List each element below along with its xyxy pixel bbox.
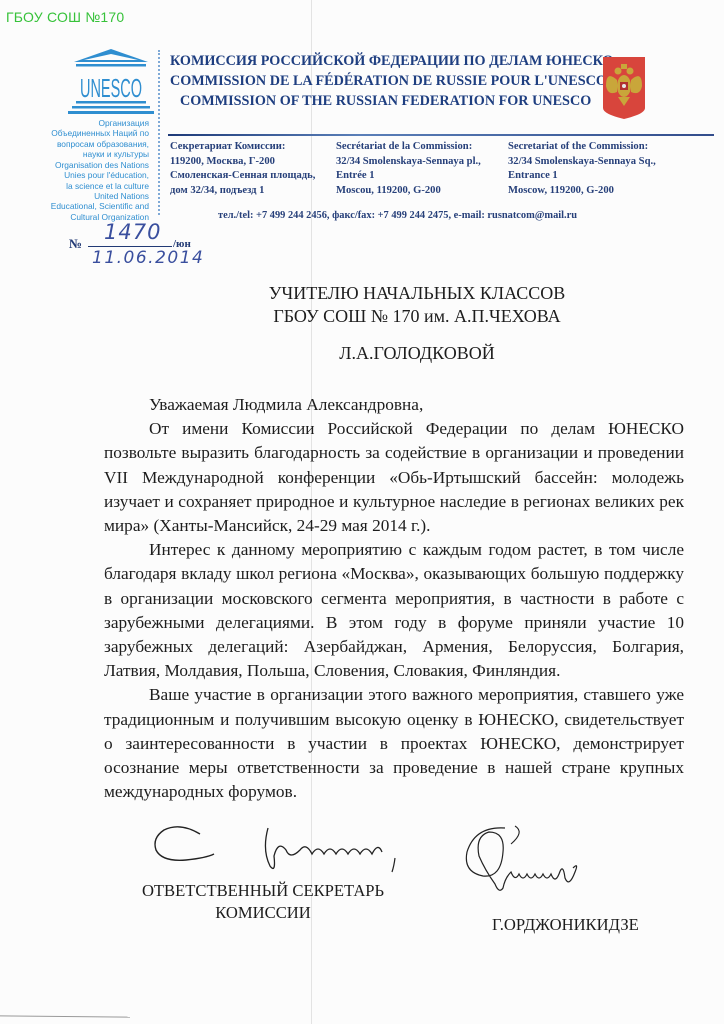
letterhead-rule <box>168 134 714 136</box>
handwritten-closing-signature-icon <box>150 820 410 878</box>
signature-icon <box>455 822 605 902</box>
school-watermark: ГБОУ СОШ №170 <box>6 9 124 25</box>
scan-artifact-line <box>0 1015 130 1017</box>
reference-underline <box>88 246 172 247</box>
signatory-name: Г.ОРДЖОНИКИДЗЕ <box>492 915 639 935</box>
commission-title-en: COMMISSION OF THE RUSSIAN FEDERATION FOR… <box>180 92 600 111</box>
commission-title-ru: КОМИССИЯ РОССИЙСКОЙ ФЕДЕРАЦИИ ПО ДЕЛАМ Ю… <box>170 52 590 71</box>
addressee-line-2: ГБОУ СОШ № 170 им. А.П.ЧЕХОВА <box>55 306 724 327</box>
handwritten-closing: С уважением, <box>150 820 410 883</box>
reference-date-handwritten: 11.06.2014 <box>92 248 204 268</box>
signature-ordzhonikidze <box>455 822 605 907</box>
greeting: Уважаемая Людмила Александровна, <box>104 393 684 417</box>
russian-coat-of-arms-icon <box>602 56 646 120</box>
unesco-logo: UNESCO <box>68 47 154 115</box>
letterhead-dotted-divider <box>158 50 160 215</box>
svg-text:UNESCO: UNESCO <box>80 73 142 103</box>
address-en: Secretariat of the Commission: 32/34 Smo… <box>508 140 656 198</box>
letter-body: Уважаемая Людмила Александровна, От имен… <box>104 393 684 804</box>
org-name-en: United Nations Educational, Scientific a… <box>47 191 149 222</box>
body-paragraph: Интерес к данному мероприятию с каждым г… <box>104 538 684 683</box>
body-paragraph: Ваше участие в организации этого важного… <box>104 683 684 804</box>
addressee-name: Л.А.ГОЛОДКОВОЙ <box>55 343 724 364</box>
reference-number-label: № <box>69 236 82 252</box>
body-paragraph: От имени Комиссии Российской Федерации п… <box>104 417 684 538</box>
reference-number-handwritten: 1470 <box>104 220 161 244</box>
commission-title-fr: COMMISSION DE LA FÉDÉRATION DE RUSSIE PO… <box>170 72 590 91</box>
address-ru: Секретариат Комиссии: 119200, Москва, Г-… <box>170 140 315 198</box>
contact-line: тел./tel: +7 499 244 2456, факс/fax: +7 … <box>218 210 577 221</box>
address-fr: Secrétariat de la Commission: 32/34 Smol… <box>336 140 481 198</box>
org-name-fr: Organisation des Nations Unies pour l'éd… <box>47 160 149 191</box>
signatory-title: ОТВЕТСТВЕННЫЙ СЕКРЕТАРЬ КОМИССИИ <box>128 880 398 924</box>
org-name-ru: Организация Объединенных Наций по вопрос… <box>47 118 149 160</box>
unesco-temple-icon: UNESCO <box>68 47 154 115</box>
addressee-line-1: УЧИТЕЛЮ НАЧАЛЬНЫХ КЛАССОВ <box>55 283 724 304</box>
